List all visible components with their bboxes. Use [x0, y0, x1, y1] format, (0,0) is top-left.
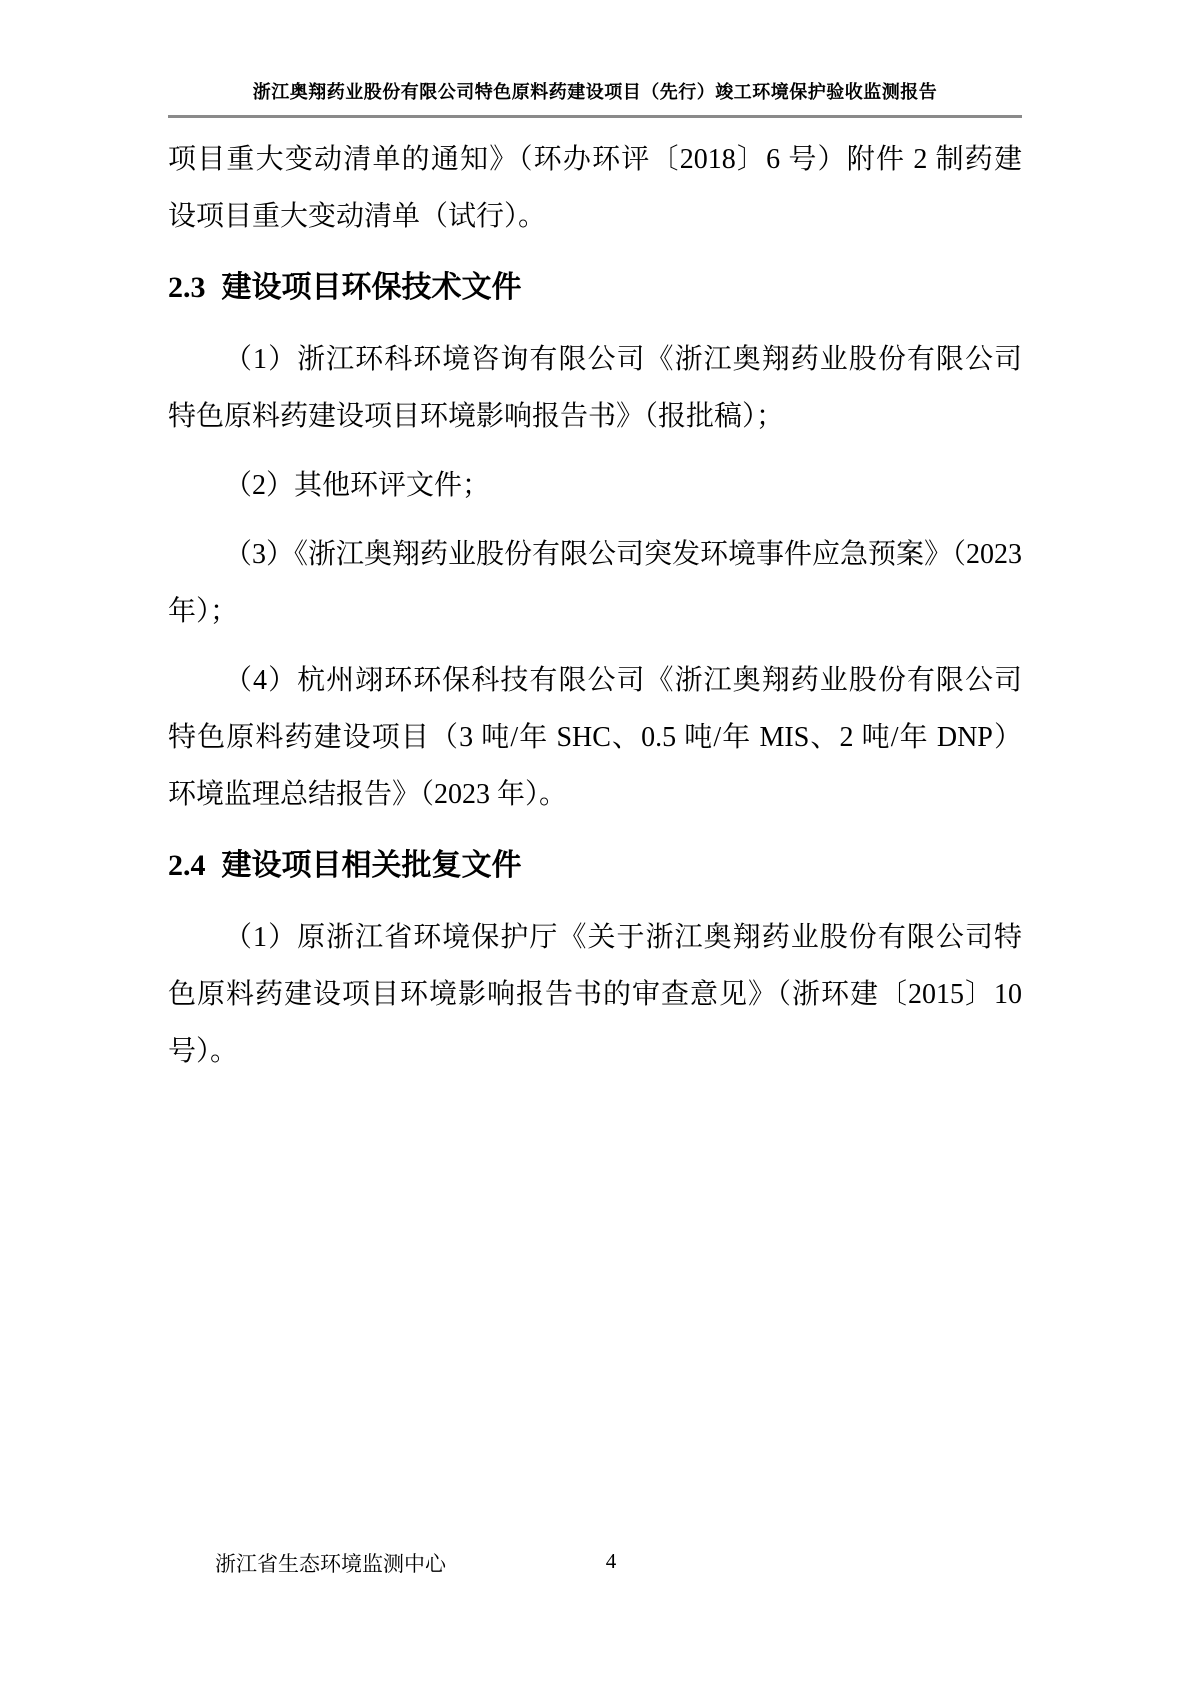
body-line: 设项目重大变动清单（试行）。 [168, 188, 1022, 245]
body-line: （3）《浙江奥翔药业股份有限公司突发环境事件应急预案》（2023 [168, 526, 1022, 583]
document-body: 项目重大变动清单的通知》（环办环评〔2018〕6 号）附件 2 制药建 设项目重… [168, 131, 1022, 1080]
section-number: 2.3 [168, 271, 206, 304]
footer-organization: 浙江省生态环境监测中心 [215, 1548, 446, 1578]
section-title: 建设项目环保技术文件 [222, 271, 522, 304]
document-page: 浙江奥翔药业股份有限公司特色原料药建设项目（先行）竣工环境保护验收监测报告 项目… [0, 0, 1190, 1683]
body-line: 号）。 [168, 1023, 1022, 1080]
footer-page-number: 4 [598, 1549, 624, 1574]
body-line: 环境监理总结报告》（2023 年）。 [168, 766, 1022, 823]
header-divider-rule [168, 115, 1022, 118]
body-line: 特色原料药建设项目（3 吨/年 SHC、0.5 吨/年 MIS、2 吨/年 DN… [168, 709, 1022, 766]
body-line: 特色原料药建设项目环境影响报告书》（报批稿）； [168, 388, 1022, 445]
body-line: 项目重大变动清单的通知》（环办环评〔2018〕6 号）附件 2 制药建 [168, 131, 1022, 188]
section-heading-2-4: 2.4建设项目相关批复文件 [168, 835, 1022, 897]
body-line: （2）其他环评文件； [168, 457, 1022, 514]
section-number: 2.4 [168, 849, 206, 882]
section-title: 建设项目相关批复文件 [222, 849, 522, 882]
running-header-title: 浙江奥翔药业股份有限公司特色原料药建设项目（先行）竣工环境保护验收监测报告 [168, 78, 1022, 104]
body-line: 年）； [168, 583, 1022, 640]
body-line: 色原料药建设项目环境影响报告书的审查意见》（浙环建〔2015〕10 [168, 966, 1022, 1023]
body-line: （4）杭州翊环环保科技有限公司《浙江奥翔药业股份有限公司 [168, 652, 1022, 709]
body-line: （1）原浙江省环境保护厅《关于浙江奥翔药业股份有限公司特 [168, 909, 1022, 966]
section-heading-2-3: 2.3建设项目环保技术文件 [168, 257, 1022, 319]
body-line: （1）浙江环科环境咨询有限公司《浙江奥翔药业股份有限公司 [168, 331, 1022, 388]
